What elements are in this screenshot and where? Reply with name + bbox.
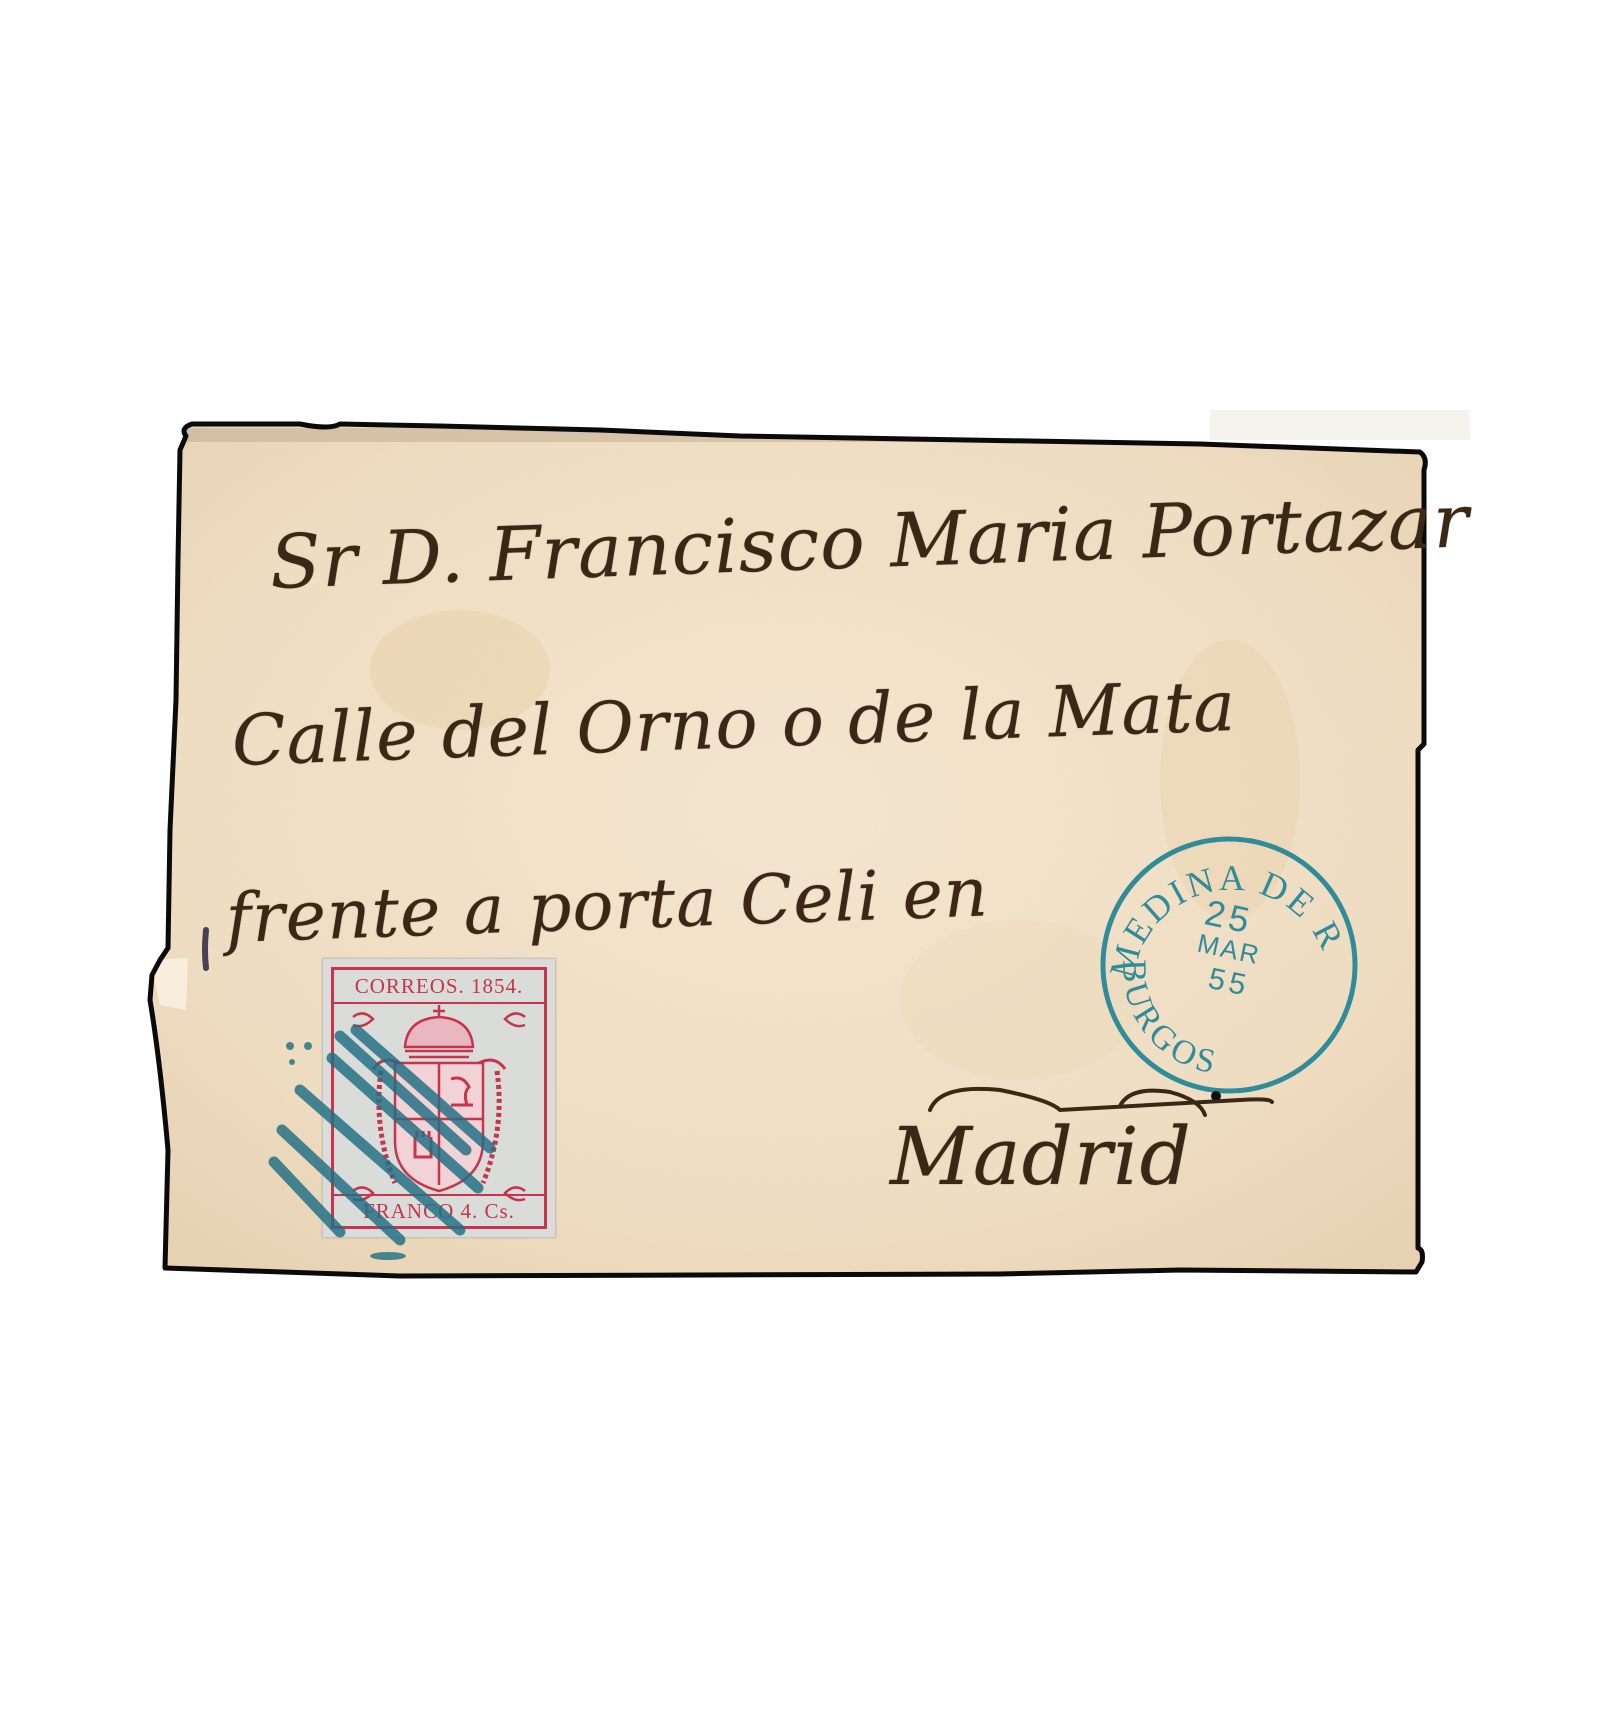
address-city-text: Madrid: [890, 1110, 1192, 1203]
coat-of-arms-icon: [323, 959, 555, 1237]
circular-datestamp: MEDINA DE R. BURGOS 25 MAR 55: [1094, 830, 1364, 1100]
postage-stamp: CORREOS. 1854. FRANCO 4. Cs.: [322, 958, 556, 1238]
postal-cover: Sr D. Francisco Maria Portazar Calle del…: [0, 0, 1600, 1710]
address-city: Madrid: [890, 1110, 1192, 1203]
